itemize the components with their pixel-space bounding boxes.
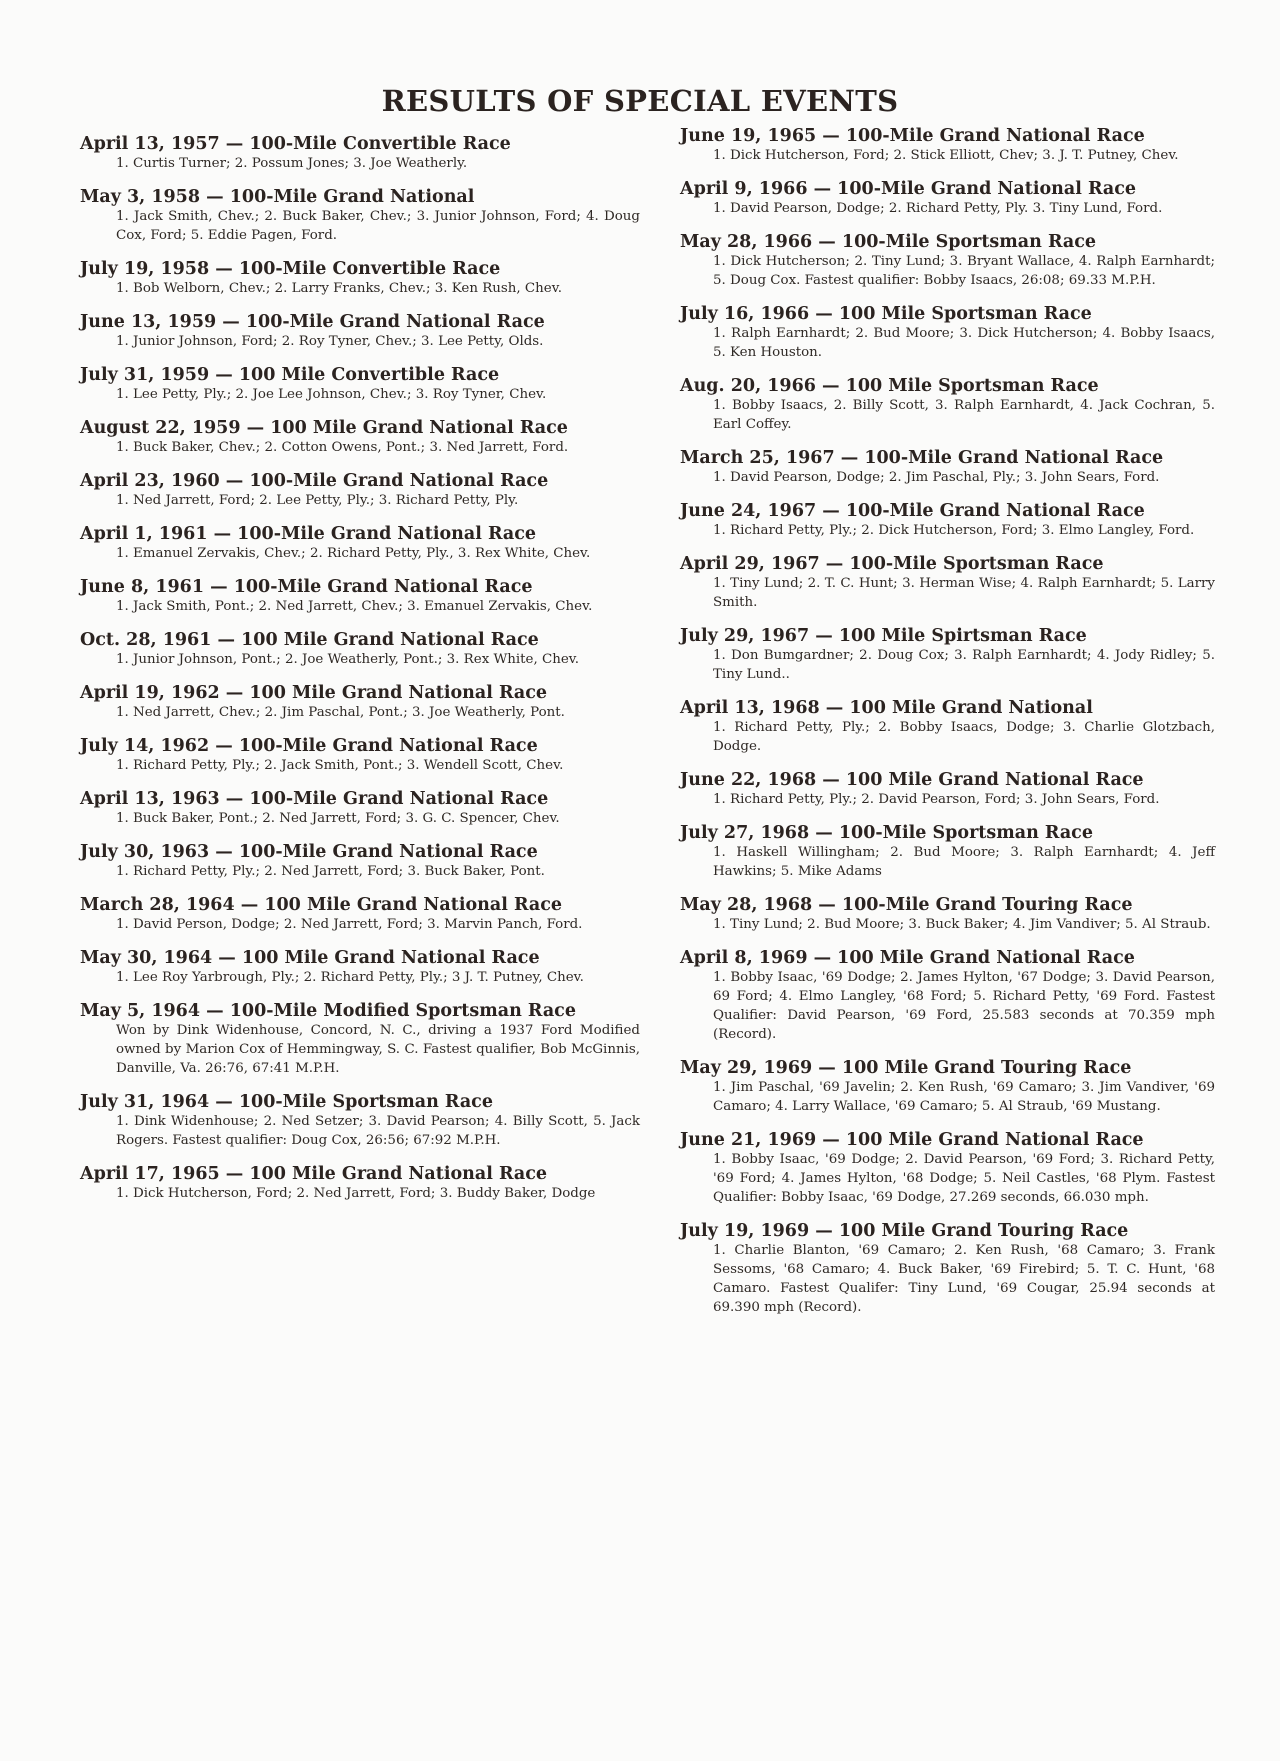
event-entry: August 22, 1959 — 100 Mile Grand Nationa…: [80, 418, 640, 457]
event-heading: April 13, 1963 — 100-Mile Grand National…: [80, 789, 640, 809]
event-heading: June 8, 1961 — 100-Mile Grand National R…: [80, 577, 640, 597]
event-heading: April 13, 1968 — 100 Mile Grand National: [680, 698, 1215, 718]
event-heading: July 16, 1966 — 100 Mile Sportsman Race: [680, 304, 1215, 324]
event-results: 1. Ned Jarrett, Ford; 2. Lee Petty, Ply.…: [80, 491, 640, 510]
event-results: 1. David Person, Dodge; 2. Ned Jarrett, …: [80, 915, 640, 934]
event-heading: May 28, 1968 — 100-Mile Grand Touring Ra…: [680, 895, 1215, 915]
event-results: 1. Buck Baker, Pont.; 2. Ned Jarrett, Fo…: [80, 809, 640, 828]
right-column: June 19, 1965 — 100-Mile Grand National …: [680, 126, 1215, 1331]
event-heading: April 19, 1962 — 100 Mile Grand National…: [80, 683, 640, 703]
event-results: 1. Lee Petty, Ply.; 2. Joe Lee Johnson, …: [80, 385, 640, 404]
event-entry: July 31, 1959 — 100 Mile Convertible Rac…: [80, 365, 640, 404]
event-results: 1. Junior Johnson, Pont.; 2. Joe Weather…: [80, 650, 640, 669]
event-results: 1. Lee Roy Yarbrough, Ply.; 2. Richard P…: [80, 968, 640, 987]
event-heading: April 23, 1960 — 100-Mile Grand National…: [80, 471, 640, 491]
event-results: 1. Dick Hutcherson, Ford; 2. Stick Ellio…: [680, 146, 1215, 165]
event-results: 1. Bob Welborn, Chev.; 2. Larry Franks, …: [80, 279, 640, 298]
event-results: 1. Haskell Willingham; 2. Bud Moore; 3. …: [680, 843, 1215, 881]
event-results: 1. David Pearson, Dodge; 2. Jim Paschal,…: [680, 468, 1215, 487]
event-results: 1. Curtis Turner; 2. Possum Jones; 3. Jo…: [80, 154, 640, 173]
event-entry: Oct. 28, 1961 — 100 Mile Grand National …: [80, 630, 640, 669]
event-entry: April 13, 1963 — 100-Mile Grand National…: [80, 789, 640, 828]
event-results: 1. Richard Petty, Ply.; 2. David Pearson…: [680, 790, 1215, 809]
event-heading: April 13, 1957 — 100-Mile Convertible Ra…: [80, 134, 640, 154]
event-heading: June 19, 1965 — 100-Mile Grand National …: [680, 126, 1215, 146]
event-heading: July 14, 1962 — 100-Mile Grand National …: [80, 736, 640, 756]
event-entry: June 22, 1968 — 100 Mile Grand National …: [680, 770, 1215, 809]
event-results: 1. Richard Petty, Ply.; 2. Jack Smith, P…: [80, 756, 640, 775]
event-entry: June 24, 1967 — 100-Mile Grand National …: [680, 501, 1215, 540]
event-results: 1. Jim Paschal, '69 Javelin; 2. Ken Rush…: [680, 1078, 1215, 1116]
event-entry: April 29, 1967 — 100-Mile Sportsman Race…: [680, 554, 1215, 612]
event-results: 1. Emanuel Zervakis, Chev.; 2. Richard P…: [80, 544, 640, 563]
event-heading: March 25, 1967 — 100-Mile Grand National…: [680, 448, 1215, 468]
event-entry: May 5, 1964 — 100-Mile Modified Sportsma…: [80, 1001, 640, 1078]
event-results: 1. Richard Petty, Ply.; 2. Bobby Isaacs,…: [680, 718, 1215, 756]
event-results: 1. Bobby Isaac, '69 Dodge; 2. James Hylt…: [680, 968, 1215, 1044]
event-entry: April 8, 1969 — 100 Mile Grand National …: [680, 948, 1215, 1044]
event-heading: June 22, 1968 — 100 Mile Grand National …: [680, 770, 1215, 790]
event-entry: April 1, 1961 — 100-Mile Grand National …: [80, 524, 640, 563]
event-entry: April 19, 1962 — 100 Mile Grand National…: [80, 683, 640, 722]
event-results: 1. Tiny Lund; 2. T. C. Hunt; 3. Herman W…: [680, 574, 1215, 612]
event-entry: April 13, 1968 — 100 Mile Grand National…: [680, 698, 1215, 756]
event-heading: May 30, 1964 — 100 Mile Grand National R…: [80, 948, 640, 968]
event-heading: July 31, 1959 — 100 Mile Convertible Rac…: [80, 365, 640, 385]
event-entry: April 13, 1957 — 100-Mile Convertible Ra…: [80, 134, 640, 173]
event-heading: March 28, 1964 — 100 Mile Grand National…: [80, 895, 640, 915]
event-entry: July 16, 1966 — 100 Mile Sportsman Race1…: [680, 304, 1215, 362]
event-heading: April 1, 1961 — 100-Mile Grand National …: [80, 524, 640, 544]
event-entry: May 28, 1966 — 100-Mile Sportsman Race1.…: [680, 232, 1215, 290]
event-results: 1. Tiny Lund; 2. Bud Moore; 3. Buck Bake…: [680, 915, 1215, 934]
event-entry: June 13, 1959 — 100-Mile Grand National …: [80, 312, 640, 351]
event-results: 1. Ned Jarrett, Chev.; 2. Jim Paschal, P…: [80, 703, 640, 722]
event-heading: June 24, 1967 — 100-Mile Grand National …: [680, 501, 1215, 521]
event-entry: April 23, 1960 — 100-Mile Grand National…: [80, 471, 640, 510]
event-entry: July 29, 1967 — 100 Mile Spirtsman Race1…: [680, 626, 1215, 684]
event-heading: May 28, 1966 — 100-Mile Sportsman Race: [680, 232, 1215, 252]
event-entry: June 8, 1961 — 100-Mile Grand National R…: [80, 577, 640, 616]
event-heading: July 27, 1968 — 100-Mile Sportsman Race: [680, 823, 1215, 843]
event-heading: Aug. 20, 1966 — 100 Mile Sportsman Race: [680, 376, 1215, 396]
event-results: 1. Dick Hutcherson; 2. Tiny Lund; 3. Bry…: [680, 252, 1215, 290]
event-entry: March 25, 1967 — 100-Mile Grand National…: [680, 448, 1215, 487]
event-results: 1. Ralph Earnhardt; 2. Bud Moore; 3. Dic…: [680, 324, 1215, 362]
event-entry: May 3, 1958 — 100-Mile Grand National1. …: [80, 187, 640, 245]
event-results: 1. Jack Smith, Pont.; 2. Ned Jarrett, Ch…: [80, 597, 640, 616]
event-heading: June 21, 1969 — 100 Mile Grand National …: [680, 1130, 1215, 1150]
event-heading: April 9, 1966 — 100-Mile Grand National …: [680, 179, 1215, 199]
event-results: 1. David Pearson, Dodge; 2. Richard Pett…: [680, 199, 1215, 218]
event-results: 1. Dink Widenhouse; 2. Ned Setzer; 3. Da…: [80, 1112, 640, 1150]
event-entry: April 17, 1965 — 100 Mile Grand National…: [80, 1164, 640, 1203]
event-results: 1. Richard Petty, Ply.; 2. Ned Jarrett, …: [80, 862, 640, 881]
event-entry: June 21, 1969 — 100 Mile Grand National …: [680, 1130, 1215, 1207]
event-entry: July 19, 1969 — 100 Mile Grand Touring R…: [680, 1221, 1215, 1317]
event-entry: May 29, 1969 — 100 Mile Grand Touring Ra…: [680, 1058, 1215, 1116]
event-results: 1. Richard Petty, Ply.; 2. Dick Hutchers…: [680, 521, 1215, 540]
event-heading: April 17, 1965 — 100 Mile Grand National…: [80, 1164, 640, 1184]
event-heading: August 22, 1959 — 100 Mile Grand Nationa…: [80, 418, 640, 438]
event-results: 1. Junior Johnson, Ford; 2. Roy Tyner, C…: [80, 332, 640, 351]
event-results: 1. Jack Smith, Chev.; 2. Buck Baker, Che…: [80, 207, 640, 245]
event-results: 1. Buck Baker, Chev.; 2. Cotton Owens, P…: [80, 438, 640, 457]
event-results: 1. Bobby Isaacs, 2. Billy Scott, 3. Ralp…: [680, 396, 1215, 434]
event-entry: July 31, 1964 — 100-Mile Sportsman Race1…: [80, 1092, 640, 1150]
event-results: 1. Bobby Isaac, '69 Dodge; 2. David Pear…: [680, 1150, 1215, 1207]
event-entry: March 28, 1964 — 100 Mile Grand National…: [80, 895, 640, 934]
event-results: 1. Charlie Blanton, '69 Camaro; 2. Ken R…: [680, 1241, 1215, 1317]
event-heading: May 29, 1969 — 100 Mile Grand Touring Ra…: [680, 1058, 1215, 1078]
event-entry: July 19, 1958 — 100-Mile Convertible Rac…: [80, 259, 640, 298]
event-heading: July 19, 1969 — 100 Mile Grand Touring R…: [680, 1221, 1215, 1241]
event-entry: July 27, 1968 — 100-Mile Sportsman Race1…: [680, 823, 1215, 881]
event-heading: July 31, 1964 — 100-Mile Sportsman Race: [80, 1092, 640, 1112]
event-results: 1. Don Bumgardner; 2. Doug Cox; 3. Ralph…: [680, 646, 1215, 684]
event-entry: June 19, 1965 — 100-Mile Grand National …: [680, 126, 1215, 165]
event-results: Won by Dink Widenhouse, Concord, N. C., …: [80, 1021, 640, 1078]
event-entry: May 28, 1968 — 100-Mile Grand Touring Ra…: [680, 895, 1215, 934]
event-heading: April 8, 1969 — 100 Mile Grand National …: [680, 948, 1215, 968]
event-heading: June 13, 1959 — 100-Mile Grand National …: [80, 312, 640, 332]
event-entry: April 9, 1966 — 100-Mile Grand National …: [680, 179, 1215, 218]
event-entry: July 30, 1963 — 100-Mile Grand National …: [80, 842, 640, 881]
left-column: April 13, 1957 — 100-Mile Convertible Ra…: [80, 134, 640, 1217]
page-title: RESULTS OF SPECIAL EVENTS: [0, 84, 1280, 118]
event-heading: Oct. 28, 1961 — 100 Mile Grand National …: [80, 630, 640, 650]
event-results: 1. Dick Hutcherson, Ford; 2. Ned Jarrett…: [80, 1184, 640, 1203]
event-entry: July 14, 1962 — 100-Mile Grand National …: [80, 736, 640, 775]
event-heading: May 3, 1958 — 100-Mile Grand National: [80, 187, 640, 207]
event-heading: April 29, 1967 — 100-Mile Sportsman Race: [680, 554, 1215, 574]
event-heading: May 5, 1964 — 100-Mile Modified Sportsma…: [80, 1001, 640, 1021]
event-entry: Aug. 20, 1966 — 100 Mile Sportsman Race1…: [680, 376, 1215, 434]
event-heading: July 19, 1958 — 100-Mile Convertible Rac…: [80, 259, 640, 279]
event-heading: July 30, 1963 — 100-Mile Grand National …: [80, 842, 640, 862]
event-heading: July 29, 1967 — 100 Mile Spirtsman Race: [680, 626, 1215, 646]
event-entry: May 30, 1964 — 100 Mile Grand National R…: [80, 948, 640, 987]
